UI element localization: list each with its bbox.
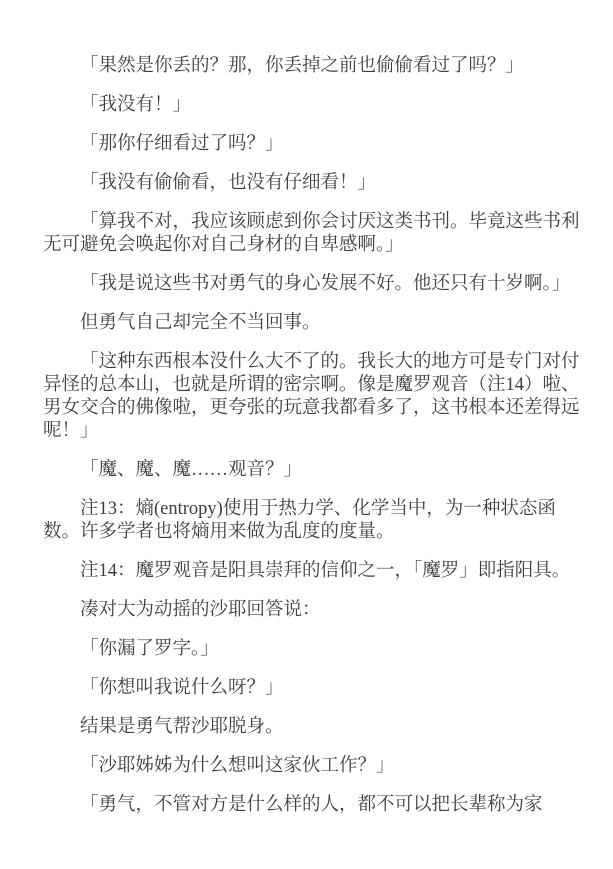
paragraph: 「沙耶姊姊为什么想叫这家伙工作？」 xyxy=(43,755,580,778)
paragraph: 凑对大为动摇的沙耶回答说： xyxy=(43,599,580,622)
paragraph: 注13：熵(entropy)使用于热力学、化学当中，为一种状态函数。许多学者也将… xyxy=(43,498,580,544)
paragraph: 结果是勇气帮沙耶脱身。 xyxy=(43,716,580,739)
book-page: 「果然是你丢的？那，你丢掉之前也偷偷看过了吗？」「我没有！」「那你仔细看过了吗？… xyxy=(0,0,613,869)
paragraph: 「我没有！」 xyxy=(43,94,580,117)
paragraph: 「那你仔细看过了吗？」 xyxy=(43,133,580,156)
paragraph: 「我没有偷偷看，也没有仔细看！」 xyxy=(43,172,580,195)
paragraph: 「果然是你丢的？那，你丢掉之前也偷偷看过了吗？」 xyxy=(43,55,580,78)
paragraph: 「你漏了罗字。」 xyxy=(43,638,580,661)
paragraph: 「这种东西根本没什么大不了的。我长大的地方可是专门对付异怪的总本山，也就是所谓的… xyxy=(43,351,580,443)
paragraph: 但勇气自己却完全不当回事。 xyxy=(43,312,580,335)
paragraph: 「我是说这些书对勇气的身心发展不好。他还只有十岁啊。」 xyxy=(43,273,580,296)
paragraph: 「勇气，不管对方是什么样的人，都不可以把长辈称为家 xyxy=(43,794,580,817)
paragraph: 「算我不对，我应该顾虑到你会讨厌这类书刊。毕竟这些书利无可避免会唤起你对自己身材… xyxy=(43,211,580,257)
paragraph: 「魔、魔、魔……观音？」 xyxy=(43,459,580,482)
paragraph: 「你想叫我说什么呀？」 xyxy=(43,677,580,700)
paragraph: 注14：魔罗观音是阳具崇拜的信仰之一，「魔罗」即指阳具。 xyxy=(43,560,580,583)
